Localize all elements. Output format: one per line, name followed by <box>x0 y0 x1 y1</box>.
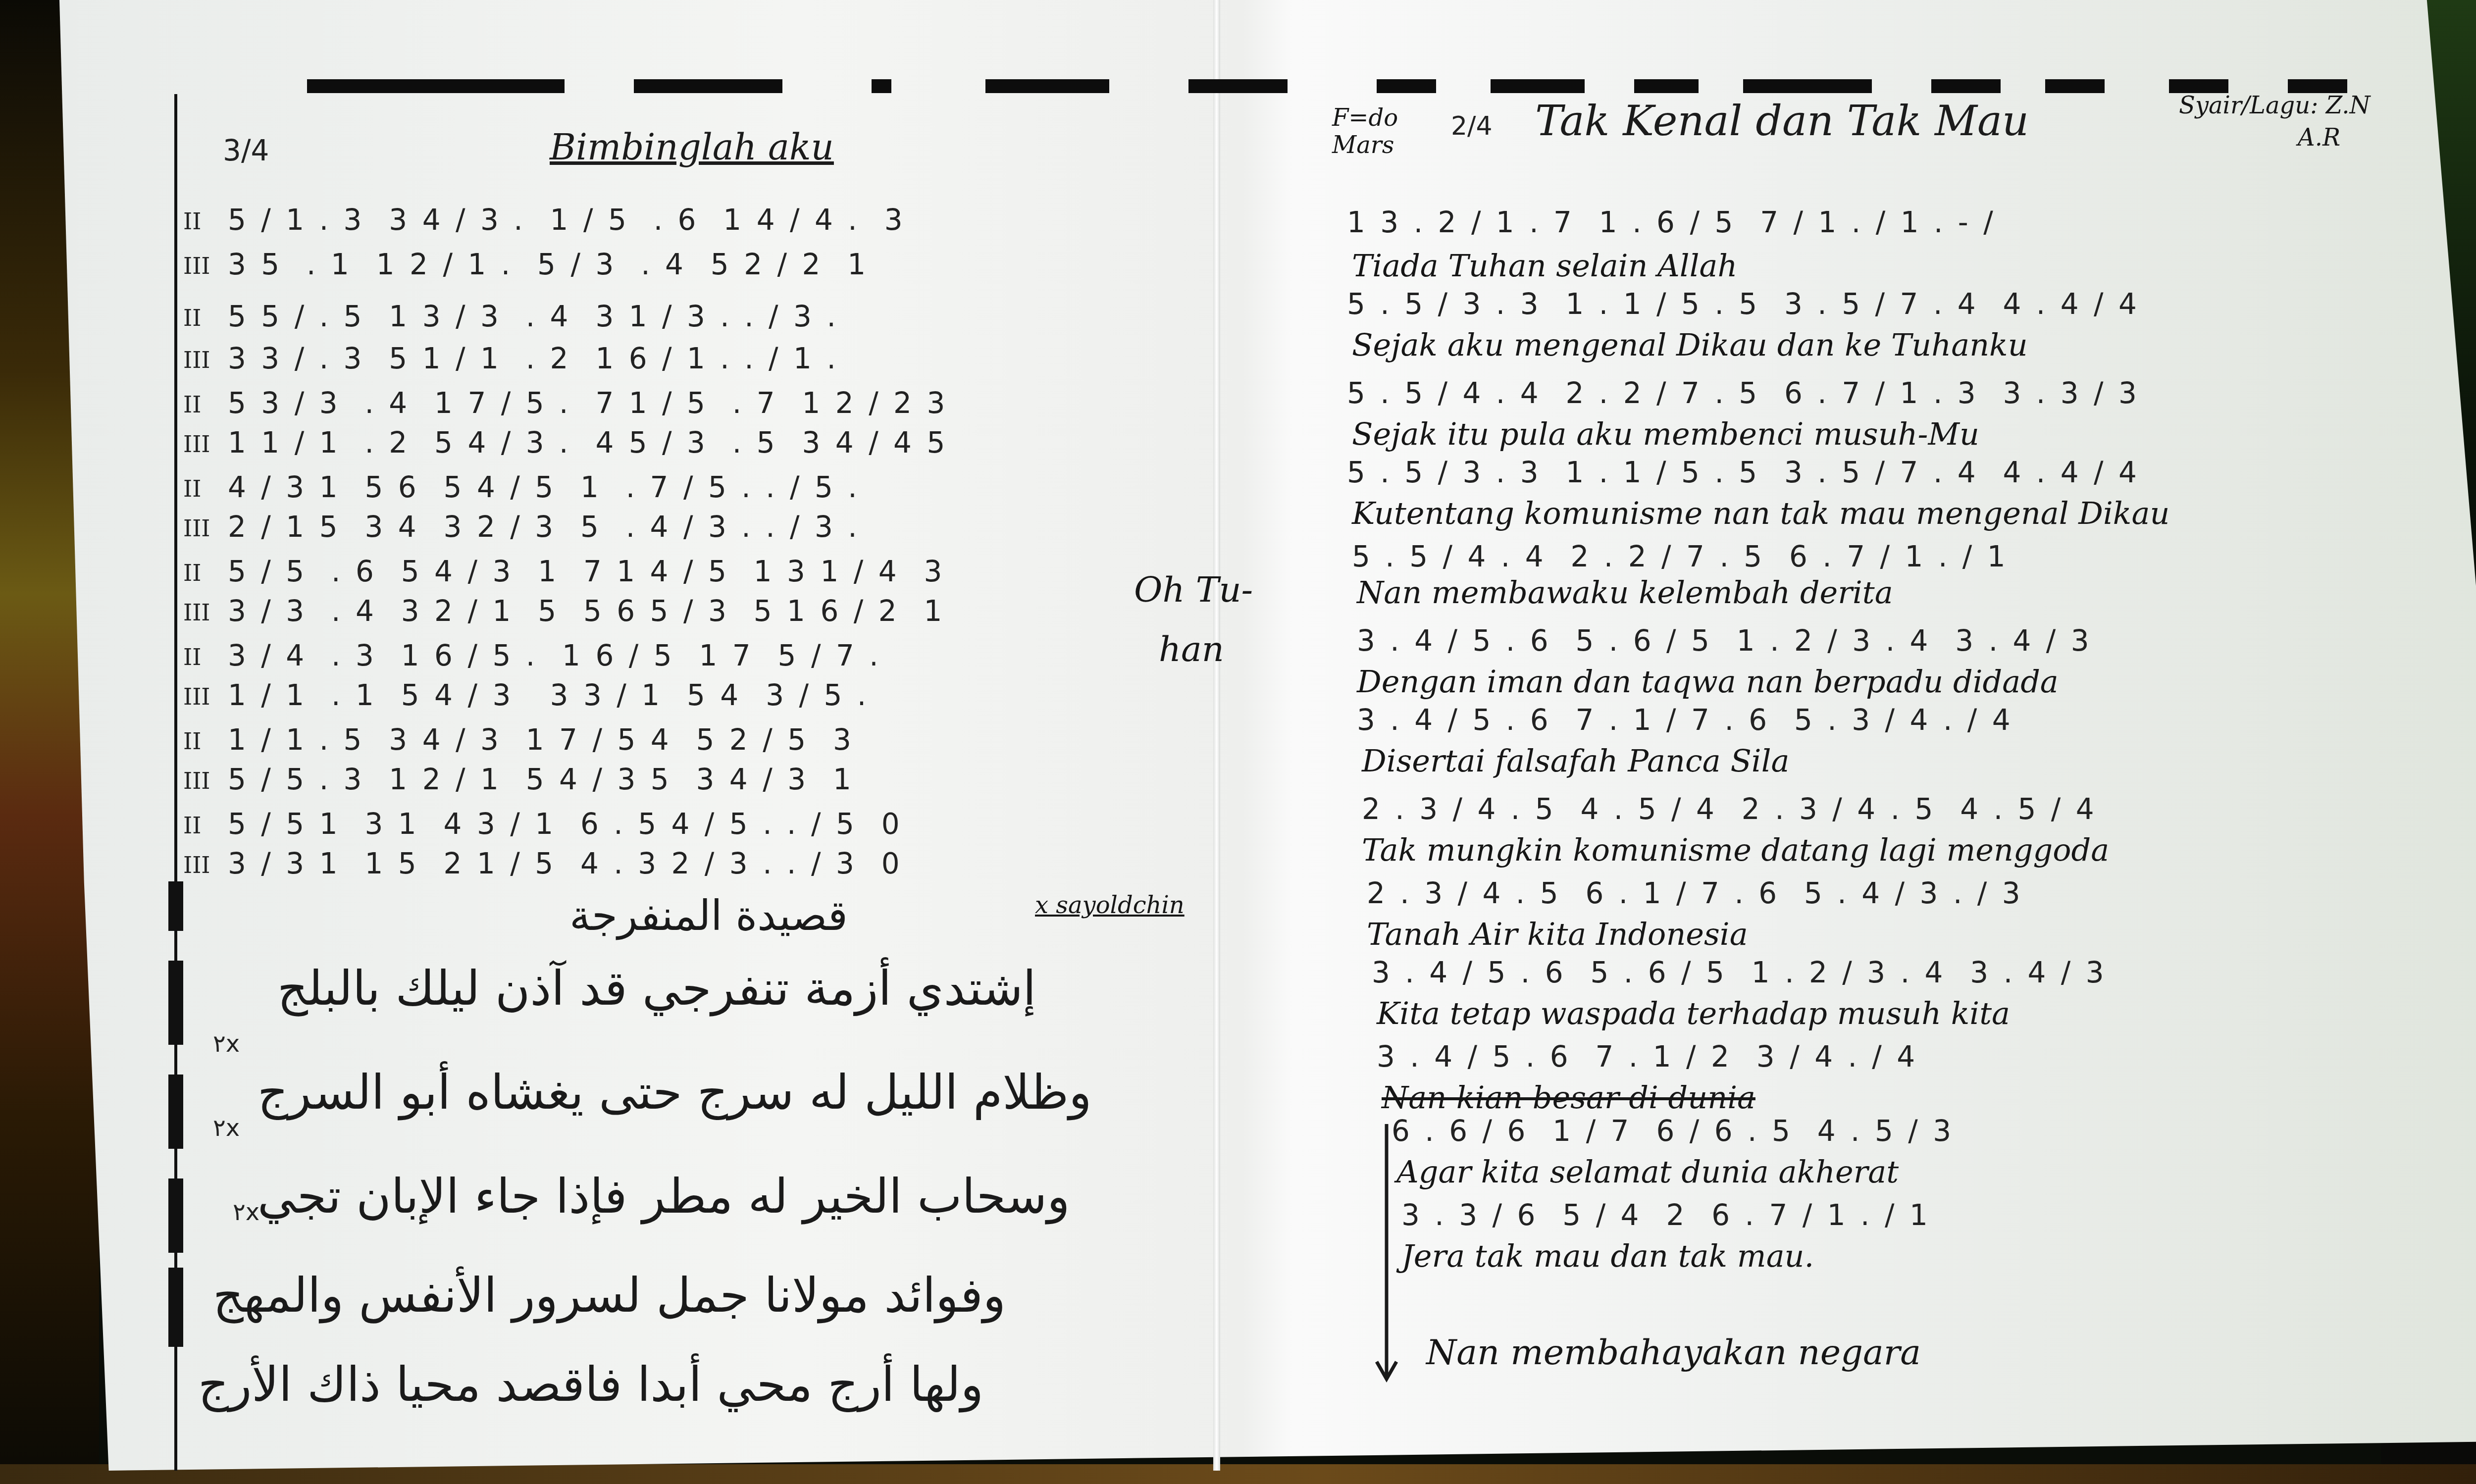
tempo-marking: Mars <box>1332 131 1394 159</box>
border-dash <box>872 79 891 93</box>
lyric-line: Tanah Air kita Indonesia <box>1367 916 1748 952</box>
score-line: 2 . 3 / 4 . 5 6 . 1 / 7 . 6 5 . 4 / 3 . … <box>1367 876 2023 910</box>
score-row: 5 / 5 1 3 1 4 3 / 1 6 . 5 4 / 5 . . / 5 … <box>228 807 903 841</box>
border-dash <box>168 1268 183 1347</box>
voice-label: III <box>183 768 210 794</box>
arabic-heading: قصيدة المنفرجة <box>569 891 848 940</box>
score-row: 5 5 / . 5 1 3 / 3 . 4 3 1 / 3 . . / 3 . <box>228 300 839 333</box>
time-signature: 3/4 <box>223 134 269 167</box>
arabic-line: إشتدي أزمة تنفرجي قد آذن ليلك بالبلج <box>277 961 1036 1016</box>
lyric-line: Jera tak mau dan tak mau. <box>1401 1238 1814 1274</box>
score-line: 5 . 5 / 3 . 3 1 . 1 / 5 . 5 3 . 5 / 7 . … <box>1347 456 2140 489</box>
score-row: 5 / 1 . 3 3 4 / 3 . 1 / 5 . 6 1 4 / 4 . … <box>228 203 906 237</box>
lyric-line: Nan membawaku kelembah derita <box>1357 574 1893 611</box>
arabic-line: وسحاب الخير له مطر فإذا جاء الإبان تجي <box>258 1169 1070 1224</box>
score-row: 5 / 5 . 6 5 4 / 3 1 7 1 4 / 5 1 3 1 / 4 … <box>228 555 945 588</box>
score-row: 4 / 3 1 5 6 5 4 / 5 1 . 7 / 5 . . / 5 . <box>228 470 860 504</box>
lyric-line: Tiada Tuhan selain Allah <box>1352 248 1737 284</box>
border-dash <box>2045 79 2105 93</box>
score-line: 3 . 4 / 5 . 6 5 . 6 / 5 1 . 2 / 3 . 4 3 … <box>1357 624 2092 658</box>
score-row: 2 / 1 5 3 4 3 2 / 3 5 . 4 / 3 . . / 3 . <box>228 510 860 544</box>
voice-label: III <box>183 347 210 373</box>
arabic-line: وظلام الليل له سرج حتى يغشاه أبو السرج <box>258 1065 1092 1120</box>
song-title-right: Tak Kenal dan Tak Mau <box>1535 97 2029 145</box>
left-border-line <box>174 94 177 1471</box>
voice-label: II <box>183 391 201 418</box>
score-row: 3 / 4 . 3 1 6 / 5 . 1 6 / 5 1 7 5 / 7 . <box>228 639 881 672</box>
score-line: 3 . 4 / 5 . 6 5 . 6 / 5 1 . 2 / 3 . 4 3 … <box>1372 956 2107 989</box>
score-line: 2 . 3 / 4 . 5 4 . 5 / 4 2 . 3 / 4 . 5 4 … <box>1362 792 2097 826</box>
border-dash <box>1491 79 1585 93</box>
border-dash <box>1634 79 1699 93</box>
voice-label: III <box>183 852 210 878</box>
score-row: 5 / 5 . 3 1 2 / 1 5 4 / 3 5 3 4 / 3 1 <box>228 763 854 796</box>
repeat-mark: ٢x <box>213 1114 240 1142</box>
score-row: 1 / 1 . 5 3 4 / 3 1 7 / 5 4 5 2 / 5 3 <box>228 723 854 757</box>
score-row: 3 / 3 1 1 5 2 1 / 5 4 . 3 2 / 3 . . / 3 … <box>228 847 903 880</box>
score-line: 3 . 4 / 5 . 6 7 . 1 / 7 . 6 5 . 3 / 4 . … <box>1357 703 2013 737</box>
score-row: 1 / 1 . 1 5 4 / 3 3 3 / 1 5 4 3 / 5 . <box>228 678 869 712</box>
side-note-line2: han <box>1159 629 1224 669</box>
voice-label: II <box>183 812 201 839</box>
lyric-line: Tak mungkin komunisme datang lagi menggo… <box>1362 832 2109 868</box>
score-row: 5 3 / 3 . 4 1 7 / 5 . 7 1 / 5 . 7 1 2 / … <box>228 386 948 420</box>
voice-label: III <box>183 431 210 458</box>
arabic-heading-note: x sayoldchin <box>1035 891 1185 919</box>
lyric-line: Sejak aku mengenal Dikau dan ke Tuhanku <box>1352 327 2028 363</box>
score-line: 1 3 . 2 / 1 . 7 1 . 6 / 5 7 / 1 . / 1 . … <box>1347 205 1996 239</box>
lyric-line: Kita tetap waspada terhadap musuh kita <box>1377 995 2010 1031</box>
score-row: 1 1 / 1 . 2 5 4 / 3 . 4 5 / 3 . 5 3 4 / … <box>228 426 948 460</box>
score-line: 3 . 3 / 6 5 / 4 2 6 . 7 / 1 . / 1 <box>1401 1198 1931 1232</box>
voice-label: III <box>183 515 210 542</box>
arabic-line: وفوائد مولانا جمل لسرور الأنفس والمهج <box>213 1268 1006 1323</box>
score-row: 3 / 3 . 4 3 2 / 1 5 5 6 5 / 3 5 1 6 / 2 … <box>228 594 945 628</box>
time-signature-right: 2/4 <box>1451 111 1493 141</box>
score-line: 3 . 4 / 5 . 6 7 . 1 / 2 3 / 4 . / 4 <box>1377 1040 1918 1074</box>
key-signature: F=do <box>1332 104 1398 132</box>
voice-label: III <box>183 683 210 710</box>
paper-fold <box>1213 0 1220 1471</box>
repeat-mark: ٢x <box>233 1198 259 1226</box>
score-line: 5 . 5 / 4 . 4 2 . 2 / 7 . 5 6 . 7 / 1 . … <box>1347 376 2140 410</box>
border-dash <box>168 961 183 1045</box>
credits-line2: A.R <box>2298 124 2340 152</box>
score-line: 5 . 5 / 3 . 3 1 . 1 / 5 . 5 3 . 5 / 7 . … <box>1347 287 2140 321</box>
border-dash <box>634 79 782 93</box>
lyric-line-struck: Nan kian besar di dunia <box>1382 1079 1755 1116</box>
border-dash <box>307 79 565 93</box>
repeat-arrow-icon <box>1372 1119 1411 1386</box>
score-row: 3 5 . 1 1 2 / 1 . 5 / 3 . 4 5 2 / 2 1 <box>228 248 869 281</box>
lyric-line-final: Nan membahayakan negara <box>1426 1332 1921 1373</box>
lyric-line: Dengan iman dan taqwa nan berpadu didada <box>1357 664 2059 700</box>
border-dash <box>1188 79 1288 93</box>
voice-label: III <box>183 599 210 626</box>
side-note-line1: Oh Tu- <box>1134 569 1253 610</box>
border-dash <box>1377 79 1436 93</box>
lyric-line: Sejak itu pula aku membenci musuh-Mu <box>1352 416 1979 452</box>
lyric-line: Disertai falsafah Panca Sila <box>1362 743 1790 779</box>
voice-label: II <box>183 644 201 670</box>
border-dash <box>2169 79 2228 93</box>
border-dash <box>1743 79 1872 93</box>
voice-label: II <box>183 728 201 755</box>
voice-label: III <box>183 253 210 279</box>
border-dash <box>985 79 1109 93</box>
border-dash <box>168 1178 183 1253</box>
voice-label: II <box>183 475 201 502</box>
repeat-mark: ٢x <box>213 1030 240 1058</box>
border-dash <box>168 881 183 931</box>
score-row: 3 3 / . 3 5 1 / 1 . 2 1 6 / 1 . . / 1 . <box>228 342 839 375</box>
border-dash <box>168 1075 183 1149</box>
voice-label: II <box>183 560 201 586</box>
arabic-line: ولها أرج محي أبدا فاقصد محيا ذاك الأرج <box>198 1357 983 1412</box>
song-title-left: Bimbinglah aku <box>550 126 834 168</box>
border-dash <box>1931 79 2001 93</box>
border-dash <box>2288 79 2347 93</box>
voice-label: II <box>183 208 201 235</box>
score-line: 5 . 5 / 4 . 4 2 . 2 / 7 . 5 6 . 7 / 1 . … <box>1352 540 2009 573</box>
lyric-line: Agar kita selamat dunia akherat <box>1396 1154 1899 1190</box>
score-line: 6 . 6 / 6 1 / 7 6 / 6 . 5 4 . 5 / 3 <box>1392 1114 1954 1148</box>
credits-line1: Syair/Lagu: Z.N <box>2179 92 2370 119</box>
voice-label: II <box>183 305 201 331</box>
lyric-line: Kutentang komunisme nan tak mau mengenal… <box>1352 495 2169 531</box>
